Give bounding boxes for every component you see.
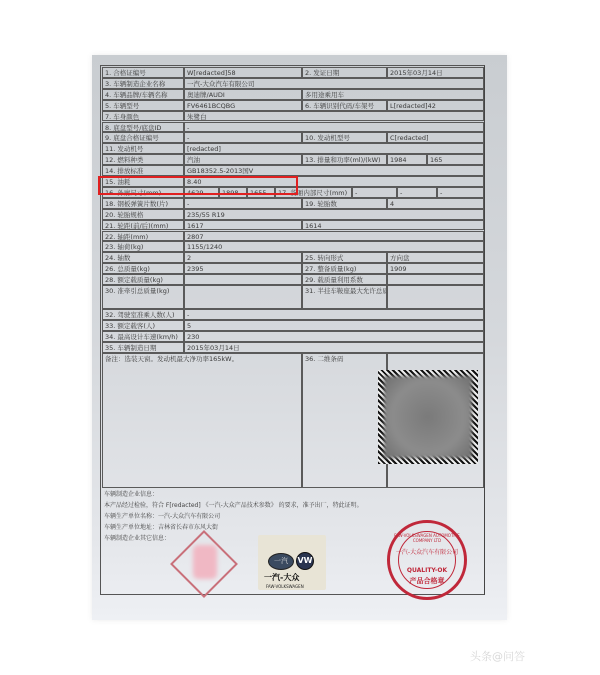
field-label-11: 11. 发动机号 xyxy=(102,143,184,154)
emission-standard-highlight xyxy=(98,176,298,195)
field-value-21: 1617 xyxy=(184,220,302,231)
field-label-30-b: 31. 半挂车鞍座最大允许总质量(kg) xyxy=(302,285,387,309)
field-label-21: 21. 轮距(前/后)(mm) xyxy=(102,220,184,231)
field-value-17-c: - xyxy=(437,187,484,198)
field-label-1-b: 2. 发证日期 xyxy=(302,67,387,78)
footer-line-1: 车辆制造企业信息： xyxy=(104,489,158,498)
field-value-34: 230 xyxy=(184,331,484,342)
vw-logo-icon: VW xyxy=(296,552,314,570)
field-label-8: 8. 底盘型号/底盘ID xyxy=(102,122,184,133)
field-value-1-b: 2015年03月14日 xyxy=(387,67,484,78)
seal-stamp: 产品合格章 xyxy=(390,576,464,586)
field-value-35: 2015年03月14日 xyxy=(184,342,484,353)
field-value-23: 1155/1240 xyxy=(184,241,484,252)
field-label-26-b: 27. 整备质量(kg) xyxy=(302,263,387,274)
faw-logo-icon: 一汽 xyxy=(268,553,294,570)
field-value-21-b: 1614 xyxy=(302,220,484,231)
field-label-23: 23. 轴荷(kg) xyxy=(102,241,184,252)
field-label-34: 34. 最高设计车速(km/h) xyxy=(102,331,184,342)
field-label-4: 4. 车辆品牌/车辆名称 xyxy=(102,89,184,100)
field-label-1: 1. 合格证编号 xyxy=(102,67,184,78)
field-value-4: 奥迪牌/AUDI xyxy=(184,89,302,100)
field-value-30-b xyxy=(387,285,484,309)
field-value-12: 汽油 xyxy=(184,154,302,165)
field-value-9-b: C[redacted] xyxy=(387,132,484,143)
field-label-18-b: 19. 轮胎数 xyxy=(302,198,387,209)
field-value-17-b: - xyxy=(397,187,437,198)
field-label-3: 3. 车辆制造企业名称 xyxy=(102,78,184,89)
field-label-13: 13. 排量和功率(ml)/(kW) xyxy=(302,154,387,165)
field-value-13-b: 165 xyxy=(427,154,484,165)
field-label-7: 7. 车身颜色 xyxy=(102,111,184,122)
field-label-30: 30. 准牵引总质量(kg) xyxy=(102,285,184,309)
seal-company: 一汽-大众汽车有限公司 xyxy=(390,547,464,556)
field-label-20: 20. 轮胎规格 xyxy=(102,209,184,220)
remarks: 备注：选装天窗。发动机最大净功率165kW。 xyxy=(102,353,302,488)
footer-line-2: 本产品经过检验，符合 F[redacted] 《一汽-大众产品技术参数》 的要求… xyxy=(104,500,363,509)
redacted-mark xyxy=(193,545,217,579)
field-value-3: 一汽-大众汽车有限公司 xyxy=(184,78,484,89)
qr-code xyxy=(378,370,478,464)
field-value-26-b: 1909 xyxy=(387,263,484,274)
field-value-28 xyxy=(184,274,302,285)
field-value-22: 2807 xyxy=(184,231,484,242)
field-label-26: 26. 总质量(kg) xyxy=(102,263,184,274)
field-label-9: 9. 底盘合格证编号 xyxy=(102,132,184,143)
field-value-24-b: 方向盘 xyxy=(387,252,484,263)
field-value-33: 5 xyxy=(184,320,484,331)
field-value-28-b xyxy=(387,274,484,285)
field-value-17-a: - xyxy=(352,187,397,198)
field-label-5-b: 6. 车辆识别代码/车架号 xyxy=(302,100,387,111)
field-value-24: 2 xyxy=(184,252,302,263)
field-value-1: W[redacted]58 xyxy=(184,67,302,78)
field-value-8: - xyxy=(184,122,484,133)
field-label-5: 5. 车辆型号 xyxy=(102,100,184,111)
field-value-5-b: L[redacted]42 xyxy=(387,100,484,111)
footer-line-4: 车辆生产单位地址：吉林省长春市东风大街 xyxy=(104,522,218,531)
field-label-24-b: 25. 转向形式 xyxy=(302,252,387,263)
field-value-9: - xyxy=(184,132,302,143)
field-value-32: - xyxy=(184,309,484,320)
field-label-14: 14. 排放标准 xyxy=(102,165,184,176)
field-label-24: 24. 轴数 xyxy=(102,252,184,263)
seal-ring-text: FAW-VOLKSWAGEN AUTOMOTIVE COMPANY LTD xyxy=(390,533,464,543)
watermark: 头条@问答 xyxy=(470,648,525,664)
field-label-28-b: 29. 载质量利用系数 xyxy=(302,274,387,285)
field-value-5: FV6461BCQBG xyxy=(184,100,302,111)
field-value-18-b: 4 xyxy=(387,198,484,209)
field-value-18: - xyxy=(184,198,302,209)
qr-label: 36. 二维条码 xyxy=(302,353,387,488)
footer-line-3: 车辆生产单位名称：一汽-大众汽车有限公司 xyxy=(104,511,220,520)
field-label-32: 32. 驾驶室准乘人数(人) xyxy=(102,309,184,320)
brand-name: 一汽-大众 xyxy=(264,572,299,583)
brand-subtitle: FAW-VOLKSWAGEN xyxy=(266,584,304,589)
field-label-12: 12. 燃料种类 xyxy=(102,154,184,165)
company-seal-icon: FAW-VOLKSWAGEN AUTOMOTIVE COMPANY LTD 一汽… xyxy=(387,520,467,600)
field-value-7: 朱鹭白 xyxy=(184,111,484,122)
field-value-20: 235/55 R19 xyxy=(184,209,484,220)
footer-line-5: 车辆制造企业其它信息： xyxy=(104,533,170,542)
field-value-11: [redacted] xyxy=(184,143,484,154)
field-value-30 xyxy=(184,285,302,309)
field-label-33: 33. 额定载客(人) xyxy=(102,320,184,331)
seal-quality: QUALITY-OK xyxy=(390,567,464,574)
field-label-9-b: 10. 发动机型号 xyxy=(302,132,387,143)
field-label-28: 28. 额定载质量(kg) xyxy=(102,274,184,285)
field-value-4-b: 多用途乘用车 xyxy=(302,89,484,100)
field-value-13-a: 1984 xyxy=(387,154,427,165)
field-label-18: 18. 钢板弹簧片数(片) xyxy=(102,198,184,209)
field-value-14: GB18352.5-2013国V xyxy=(184,165,484,176)
field-label-22: 22. 轴距(mm) xyxy=(102,231,184,242)
field-value-26: 2395 xyxy=(184,263,302,274)
field-label-35: 35. 车辆制造日期 xyxy=(102,342,184,353)
